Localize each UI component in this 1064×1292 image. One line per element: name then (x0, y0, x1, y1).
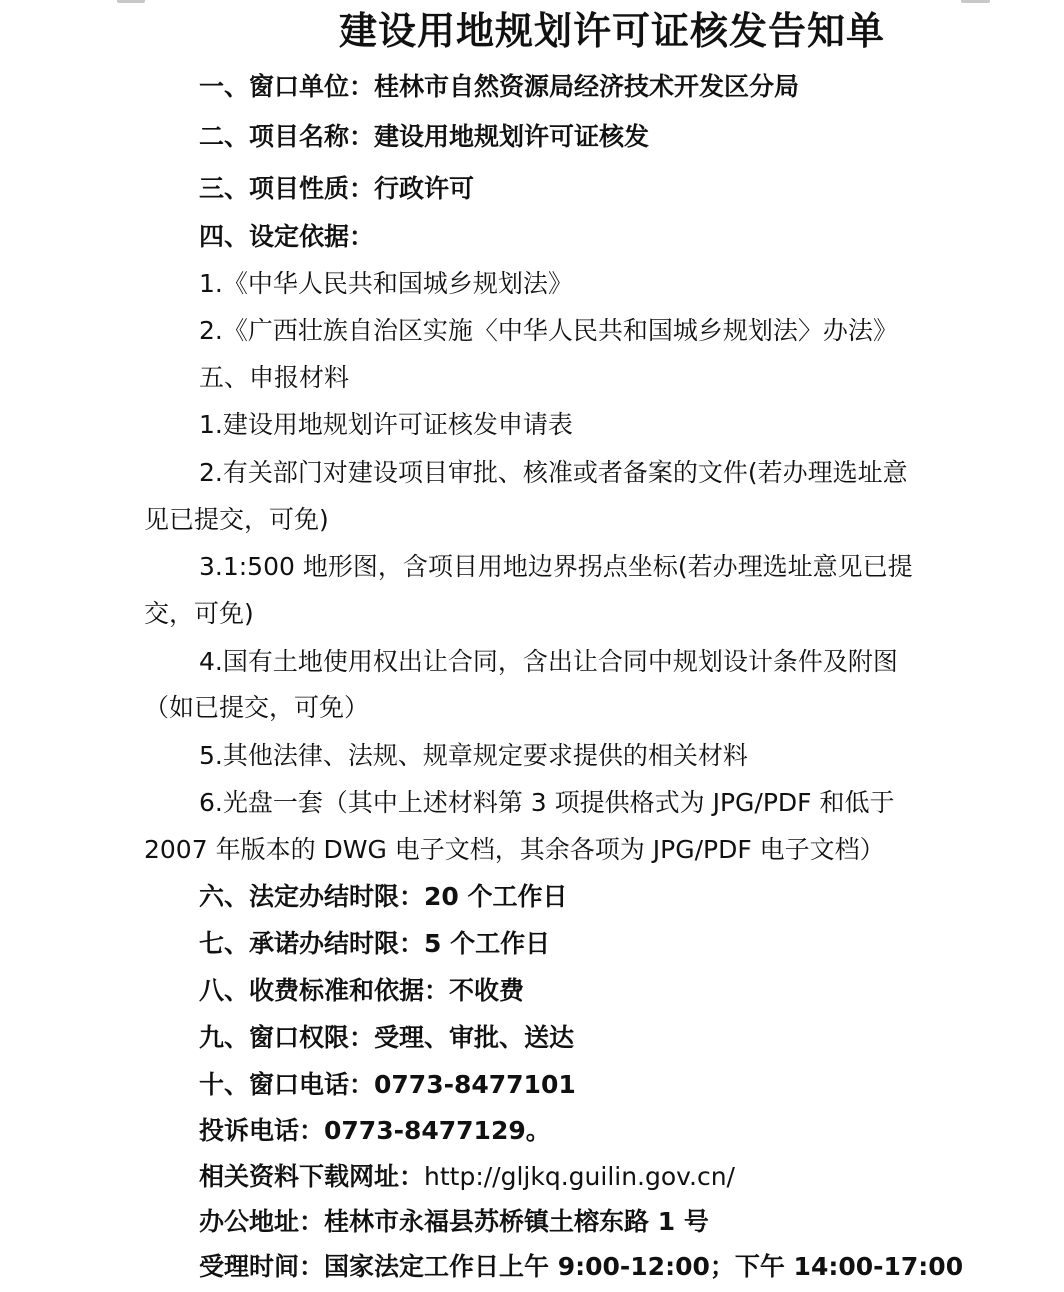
material-item-5: 5.其他法律、法规、规章规定要求提供的相关材料 (199, 739, 748, 773)
material-item-2-line1: 2.有关部门对建设项目审批、核准或者备案的文件(若办理选址意 (199, 456, 908, 490)
material-item-3-line1: 3.1:500 地形图，含项目用地边界拐点坐标(若办理选址意见已提 (199, 550, 913, 584)
window-phone-label: 十、窗口电话： (199, 1070, 374, 1099)
item-nature-label: 三、项目性质： (199, 174, 374, 203)
item-name-value: 建设用地规划许可证核发 (374, 122, 649, 151)
document-title: 建设用地规划许可证核发告知单 (0, 6, 1064, 56)
item-nature-row: 三、项目性质：行政许可 (199, 172, 474, 206)
office-hours-label: 受理时间： (199, 1252, 324, 1281)
material-item-6-line1: 6.光盘一套（其中上述材料第 3 项提供格式为 JPG/PDF 和低于 (199, 786, 895, 820)
scroll-marker-right (961, 0, 990, 3)
promised-time-limit-value: 5 个工作日 (424, 929, 550, 958)
promised-time-limit-row: 七、承诺办结时限：5 个工作日 (199, 927, 550, 961)
office-address-row: 办公地址：桂林市永福县苏桥镇土榕东路 1 号 (199, 1205, 709, 1239)
legal-time-limit-row: 六、法定办结时限：20 个工作日 (199, 880, 568, 914)
item-name-row: 二、项目名称：建设用地规划许可证核发 (199, 120, 649, 154)
legal-basis-item: 1.《中华人民共和国城乡规划法》 (199, 267, 573, 301)
promised-time-limit-label: 七、承诺办结时限： (199, 929, 424, 958)
download-url-link[interactable]: http://gljkq.guilin.gov.cn/ (424, 1162, 735, 1191)
window-unit-value: 桂林市自然资源局经济技术开发区分局 (374, 72, 799, 101)
material-item-6-line2: 2007 年版本的 DWG 电子文档，其余各项为 JPG/PDF 电子文档） (144, 833, 885, 867)
item-name-label: 二、项目名称： (199, 122, 374, 151)
fees-label: 八、收费标准和依据： (199, 976, 449, 1005)
office-address-label: 办公地址： (199, 1207, 324, 1236)
legal-time-limit-value: 20 个工作日 (424, 882, 568, 911)
office-address-value: 桂林市永福县苏桥镇土榕东路 1 号 (324, 1207, 709, 1236)
material-item-4-line2: （如已提交，可免） (144, 691, 369, 725)
window-authority-label: 九、窗口权限： (199, 1023, 374, 1052)
window-unit-row: 一、窗口单位：桂林市自然资源局经济技术开发区分局 (199, 70, 799, 104)
material-item-2-line2: 见已提交，可免) (144, 503, 329, 537)
item-nature-value: 行政许可 (374, 174, 474, 203)
fees-row: 八、收费标准和依据：不收费 (199, 974, 524, 1008)
window-unit-label: 一、窗口单位： (199, 72, 374, 101)
material-item-3-line2: 交，可免) (144, 597, 254, 631)
complaint-phone-label: 投诉电话： (199, 1116, 324, 1145)
office-hours-value: 国家法定工作日上午 9:00-12:00；下午 14:00-17:00 (324, 1252, 963, 1281)
material-item-4-line1: 4.国有土地使用权出让合同，含出让合同中规划设计条件及附图 (199, 645, 898, 679)
fees-value: 不收费 (449, 976, 524, 1005)
window-authority-row: 九、窗口权限：受理、审批、送达 (199, 1021, 574, 1055)
download-url-row: 相关资料下载网址：http://gljkq.guilin.gov.cn/ (199, 1160, 735, 1194)
office-hours-row: 受理时间：国家法定工作日上午 9:00-12:00；下午 14:00-17:00 (199, 1250, 963, 1284)
legal-basis-heading: 四、设定依据： (199, 220, 374, 254)
download-url-label: 相关资料下载网址： (199, 1162, 424, 1191)
materials-heading: 五、申报材料 (199, 361, 349, 395)
complaint-phone-row: 投诉电话：0773-8477129。 (199, 1114, 551, 1148)
legal-basis-item: 2.《广西壮族自治区实施〈中华人民共和国城乡规划法〉办法》 (199, 314, 898, 348)
window-phone-row: 十、窗口电话：0773-8477101 (199, 1068, 576, 1102)
material-item-1: 1.建设用地规划许可证核发申请表 (199, 408, 573, 442)
complaint-phone-value: 0773-8477129。 (324, 1116, 551, 1145)
legal-time-limit-label: 六、法定办结时限： (199, 882, 424, 911)
scroll-marker-left (117, 0, 145, 3)
window-authority-value: 受理、审批、送达 (374, 1023, 574, 1052)
window-phone-value: 0773-8477101 (374, 1070, 576, 1099)
